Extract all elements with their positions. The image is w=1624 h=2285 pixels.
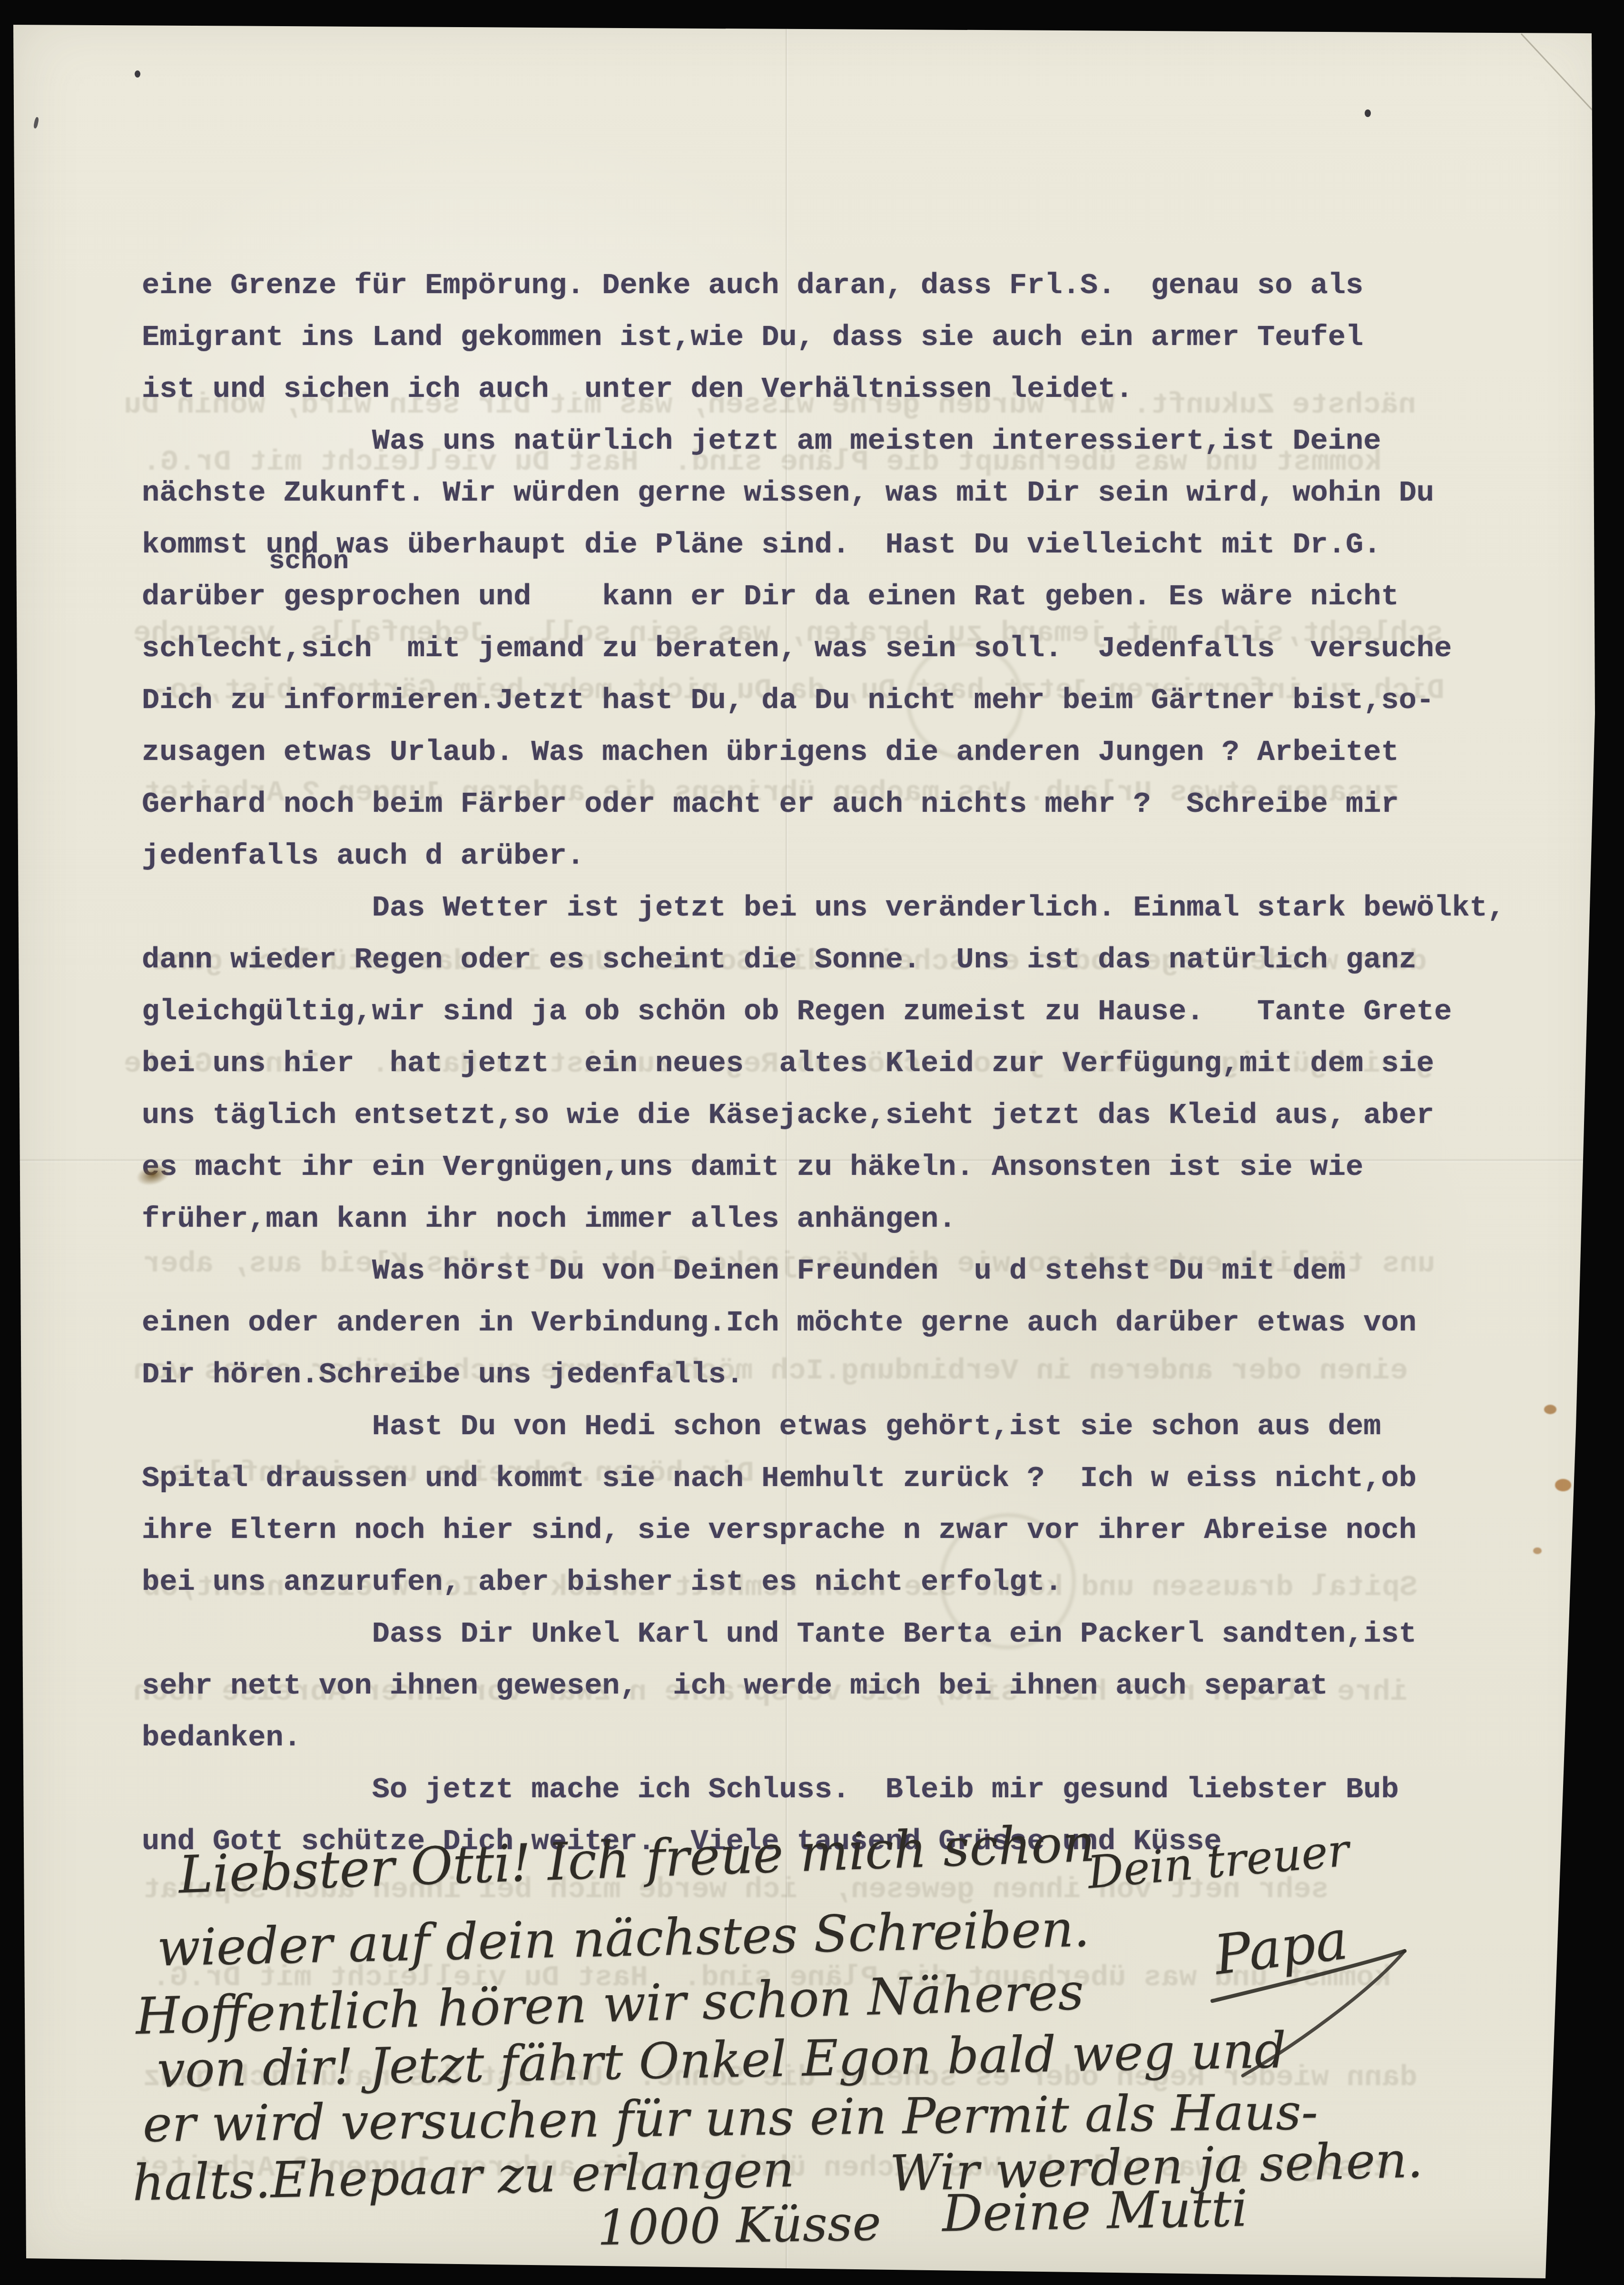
typed-letter-body: eine Grenze für Empörung. Denke auch dar…: [142, 259, 1505, 1867]
typed-line: gleichgültig,wir sind ja ob schön ob Reg…: [142, 985, 1505, 1037]
corner-fold-crease: [1521, 33, 1596, 114]
typed-line: uns täglich entsetzt,so wie die Käsejack…: [142, 1089, 1505, 1141]
letter-page: nächste Zukunft. Wir würden gerne wissen…: [0, 0, 1624, 2285]
typed-line: schlecht,sich mit jemand zu beraten, was…: [142, 622, 1505, 674]
typed-line: Dass Dir Unkel Karl und Tante Berta ein …: [142, 1608, 1505, 1660]
typed-line: ihre Eltern noch hier sind, sie versprac…: [142, 1504, 1505, 1556]
typed-line: eine Grenze für Empörung. Denke auch dar…: [142, 259, 1505, 311]
typed-line: Hast Du von Hedi schon etwas gehört,ist …: [142, 1400, 1505, 1452]
typed-line: ist und sichen ich auch unter den Verhäl…: [142, 363, 1505, 415]
typed-line: Was uns natürlich jetzt am meisten inter…: [142, 415, 1505, 467]
typed-line: Emigrant ins Land gekommen ist,wie Du, d…: [142, 311, 1505, 363]
photo-frame: nächste Zukunft. Wir würden gerne wissen…: [0, 0, 1624, 2285]
speck: [33, 117, 39, 128]
typed-line: Dir hören.Schreibe uns jedenfalls.: [142, 1349, 1505, 1400]
typed-line: nächste Zukunft. Wir würden gerne wissen…: [142, 467, 1505, 519]
rust-speck: [1555, 1479, 1571, 1491]
speck: [135, 70, 140, 78]
typed-line: einen oder anderen in Verbindung.Ich möc…: [142, 1297, 1505, 1349]
rust-speck: [1544, 1405, 1556, 1414]
typed-line: bedanken.: [142, 1712, 1505, 1763]
typed-line: Das Wetter ist jetzt bei uns veränderlic…: [142, 882, 1505, 934]
typed-line: Spital draussen und kommt sie nach Hemhu…: [142, 1452, 1505, 1504]
rust-speck: [1533, 1547, 1542, 1554]
typed-line: So jetzt mache ich Schluss. Bleib mir ge…: [142, 1763, 1505, 1815]
typed-line: jedenfalls auch d arüber.: [142, 830, 1505, 882]
typed-line: bei uns hier hat jetzt ein neues altes K…: [142, 1037, 1505, 1089]
typed-insertion: schon: [269, 546, 349, 576]
typed-line: bei uns anzurufen, aber bisher ist es ni…: [142, 1556, 1505, 1608]
handwritten-line: 1000 Küsse: [597, 2195, 882, 2256]
typed-line: darüber gesprochen und kann er Dir da ei…: [142, 571, 1505, 622]
handwritten-line: Deine Mutti: [942, 2179, 1248, 2243]
typed-line: es macht ihr ein Vergnügen,uns damit zu …: [142, 1141, 1505, 1193]
typed-line: zusagen etwas Urlaub. Was machen übrigen…: [142, 726, 1505, 778]
typed-line: Dich zu informieren.Jetzt hast Du, da Du…: [142, 674, 1505, 726]
typed-line: Gerhard noch beim Färber oder macht er a…: [142, 778, 1505, 830]
typed-line: Was hörst Du von Deinen Freunden u d ste…: [142, 1245, 1505, 1297]
speck: [1365, 109, 1371, 117]
typed-line: früher,man kann ihr noch immer alles anh…: [142, 1193, 1505, 1245]
typed-line: sehr nett von ihnen gewesen, ich werde m…: [142, 1660, 1505, 1712]
typed-line: dann wieder Regen oder es scheint die So…: [142, 934, 1505, 985]
